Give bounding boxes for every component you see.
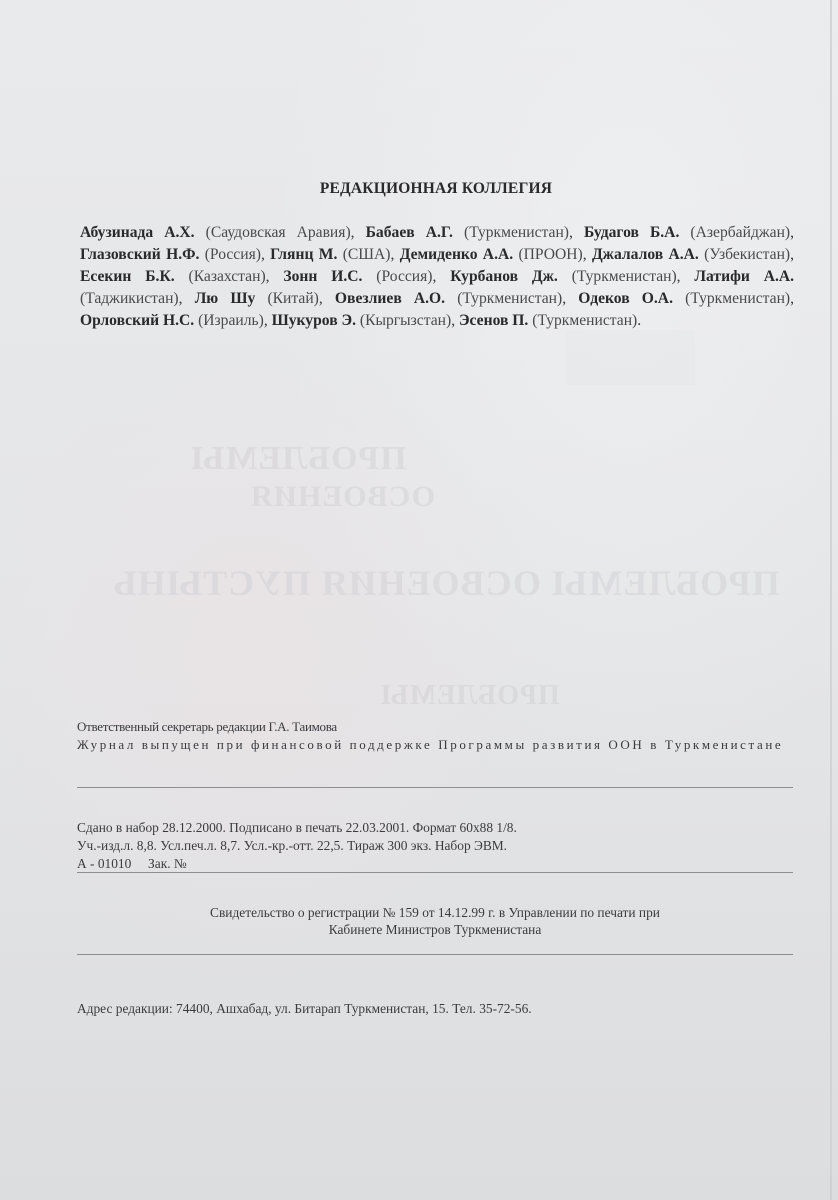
board-member-country: (Россия): [205, 246, 261, 263]
executive-secretary: Ответственный секретарь редакции Г.А. Та…: [77, 718, 337, 735]
board-member-name: Латифи А.А.: [694, 268, 794, 285]
board-member-name: Овезлиев А.О.: [335, 290, 445, 307]
registration-line: Кабинете Министров Туркменистана: [77, 921, 793, 938]
board-member-country: (Азербайджан): [690, 224, 790, 241]
registration-line: Свидетельство о регистрации № 159 от 14.…: [77, 904, 793, 921]
board-member-country: (Саудовская Аравия): [206, 224, 351, 241]
show-through-box: [565, 330, 695, 385]
board-member-name: Глянц М.: [270, 246, 337, 263]
board-member-country: (Казахстан): [189, 268, 266, 285]
board-member-name: Орловский Н.С.: [80, 312, 194, 329]
board-member-country: (США): [343, 246, 391, 263]
board-member-name: Глазовский Н.Ф.: [80, 246, 199, 263]
show-through-text: ПРОБЛЕМЫ: [190, 440, 407, 478]
board-member-country: (Туркменистан): [464, 224, 569, 241]
board-member-country: (Туркменистан): [572, 268, 677, 285]
board-member-country: (Израиль): [198, 312, 264, 329]
divider: [77, 787, 793, 788]
board-member-country: (Узбекистан): [704, 246, 790, 263]
board-member-country: (Таджикистан): [80, 290, 179, 307]
board-member-name: Абузинада А.Х.: [80, 224, 195, 241]
board-member-country: (Кыргызстан): [360, 312, 451, 329]
editorial-board-list: Абузинада А.Х. (Саудовская Аравия), Баба…: [80, 222, 794, 332]
board-member-name: Джалалов А.А.: [592, 246, 699, 263]
board-member-name: Есекин Б.К.: [80, 268, 175, 285]
board-member-name: Бабаев А.Г.: [366, 224, 453, 241]
board-member-country: (Туркменистан): [685, 290, 790, 307]
show-through-text: ПРОБЛЕМЫ ОСВОЕНИЯ ПУСТЫНЬ: [112, 562, 780, 604]
imprint-line: А - 01010 Зак. №: [77, 855, 517, 873]
board-member-name: Шукуров Э.: [272, 312, 356, 329]
divider: [77, 954, 793, 955]
board-member-country: (Россия): [376, 268, 432, 285]
show-through-text: ОСВОЕНИЯ: [250, 480, 435, 514]
imprint-line: Сдано в набор 28.12.2000. Подписано в пе…: [77, 819, 517, 837]
funding-note: Журнал выпущен при финансовой поддержке …: [77, 736, 797, 753]
show-through-text: ПРОБЛЕМЫ: [380, 680, 560, 712]
board-member-name: Зонн И.С.: [283, 268, 362, 285]
board-member-name: Демиденко А.А.: [400, 246, 513, 263]
board-member-country: (Китай): [267, 290, 318, 307]
board-member-name: Будагов Б.А.: [584, 224, 679, 241]
registration-certificate: Свидетельство о регистрации № 159 от 14.…: [77, 904, 793, 938]
board-member-country: (ПРООН): [518, 246, 582, 263]
board-member-name: Курбанов Дж.: [450, 268, 558, 285]
board-member-name: Одеков О.А.: [578, 290, 673, 307]
board-member-name: Эсенов П.: [459, 312, 528, 329]
board-member-name: Лю Шу: [195, 290, 256, 307]
editorial-address: Адрес редакции: 74400, Ашхабад, ул. Бита…: [77, 1000, 532, 1017]
board-member-country: (Туркменистан): [532, 312, 637, 329]
editorial-board-heading: РЕДАКЦИОННАЯ КОЛЛЕГИЯ: [0, 180, 838, 198]
board-member-country: (Туркменистан): [457, 290, 562, 307]
imprint-details: Сдано в набор 28.12.2000. Подписано в пе…: [77, 819, 517, 873]
imprint-line: Уч.-изд.л. 8,8. Усл.печ.л. 8,7. Усл.-кр.…: [77, 837, 517, 855]
divider: [77, 872, 793, 873]
